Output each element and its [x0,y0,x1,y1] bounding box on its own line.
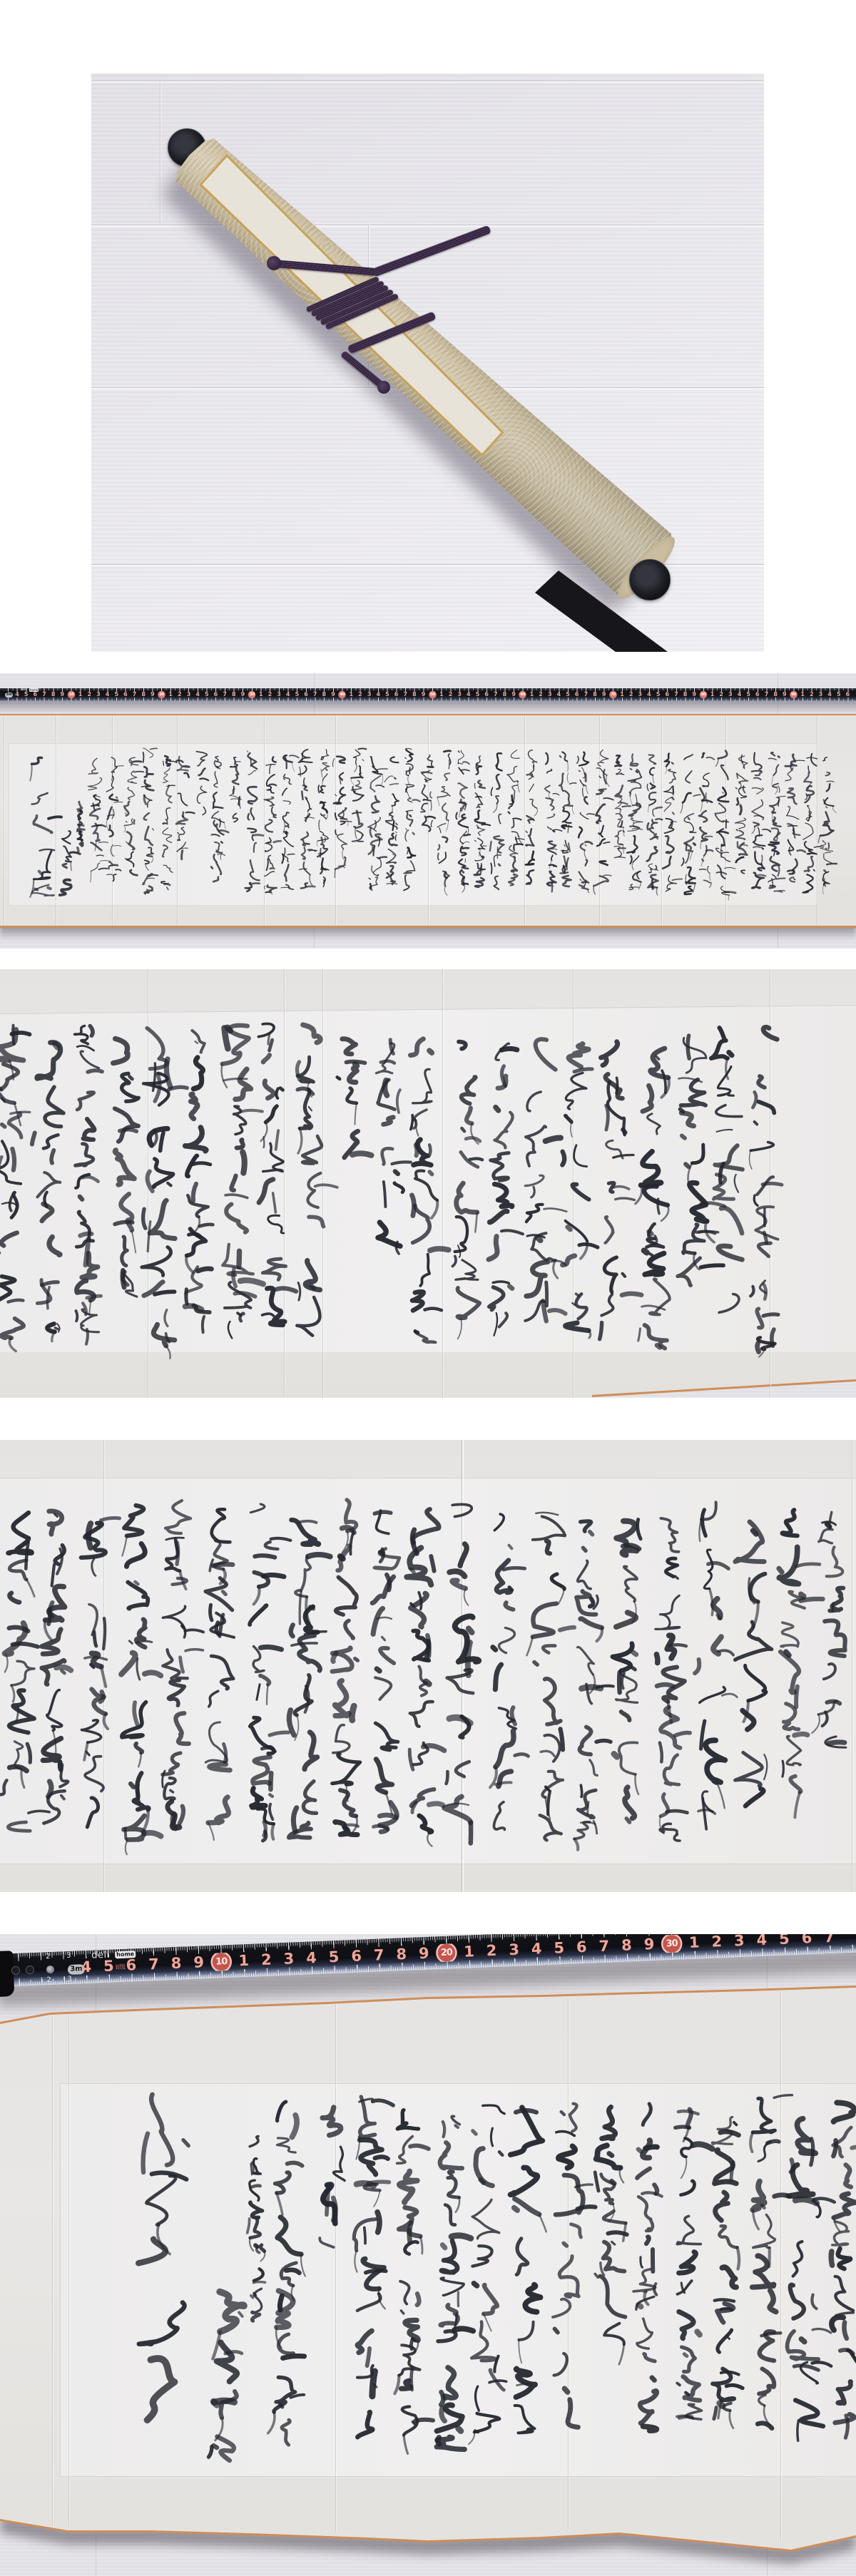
tape-number: 5 [547,1939,571,1958]
tape-number: 8 [681,690,690,699]
tape-number: 7 [40,690,49,699]
tape-number: 8 [139,690,148,699]
tape-number: 4 [13,690,22,699]
tape-number: 6 [753,690,763,699]
tape-number: 9 [412,1944,436,1963]
tape-number: 60 [518,690,527,699]
tape-number: 5 [112,690,121,699]
tape-number: 6 [211,690,220,699]
tape-number: 10 [67,690,76,699]
tape-number: 5 [653,690,663,699]
tape-number: 3 [277,1950,301,1968]
tape-number: 2 [480,1942,504,1961]
tape-number: 4 [554,690,564,699]
tape-number: 3 [636,690,645,699]
tape-number: 4 [75,1958,98,1976]
tape-number: 7 [491,690,500,699]
tape-number: 8 [320,690,329,699]
tape-inch-mark: 3 [67,1976,72,1983]
tape-number: 5 [473,690,482,699]
tape-number: 6 [570,1938,593,1956]
tape-number: 6 [795,1934,819,1948]
tape-number: 5 [21,690,31,699]
tape-number: 7 [581,690,591,699]
calligraphy-signature [30,757,84,896]
tape-number: 90 [789,690,798,699]
tape-number: 4 [645,690,654,699]
tape-number: 9 [780,690,789,699]
tape-number: 6 [663,690,672,699]
photo-detail-middle [0,1440,856,1892]
tape-number: 9 [187,1953,210,1972]
calligraphy-ink [0,1440,856,1892]
tape-number: 6 [31,690,40,699]
tape-number: 9 [58,690,67,699]
tape-number: 2 [265,690,275,699]
tape-number: 7 [310,690,320,699]
tape-number: 2 [356,690,365,699]
tape-number: 9 [638,1936,661,1954]
tape-grade: II级 [116,1964,126,1972]
tape-number: 7 [672,690,681,699]
tape-number: 4 [374,690,383,699]
tape-number: 1 [457,1943,481,1961]
tape-number: 4 [103,690,112,699]
tape-number: 2 [175,690,185,699]
tape-number: 5 [292,690,302,699]
tape-number: 40 [337,690,347,699]
tape-scale: 4567891012345678920123456789301234567894… [13,690,852,699]
tape-number: 2 [536,690,546,699]
tape-number: 9 [329,690,338,699]
tape-number: 1 [683,1934,706,1952]
tape-number: 8 [771,690,780,699]
calligraphy-text [268,2095,856,2454]
tape-number: 1 [527,690,536,699]
tape-number: 20 [435,1943,459,1962]
tape-number: 6 [482,690,491,699]
tape-number: 9 [690,690,699,699]
tape-number: 4 [193,690,203,699]
photo-full-scroll: 3m deli home 456789101234567892012345678… [0,673,856,949]
tape-number: 70 [608,690,618,699]
tape-number: 7 [367,1946,391,1965]
photo-rolled-scroll [91,73,764,652]
roller-end-cap-bottom [629,559,671,600]
tape-inch-mark: 2 [46,1976,51,1984]
tape-number: 5 [383,690,392,699]
tape-number: 8 [389,1946,413,1964]
calligraphy-ink [0,1934,856,2576]
tape-number: 20 [157,690,166,699]
tape-number: 8 [165,1954,188,1973]
photo-detail-end: 2 3 2 3 deli home 3m II级 456789101234567… [0,1934,856,2576]
tape-number: 6 [121,690,131,699]
tape-number: 7 [762,690,771,699]
tape-number: 2 [446,690,455,699]
tape-number: 1 [708,690,717,699]
tape-inch-mark: 3 [66,1952,71,1960]
tape-number: 6 [392,690,401,699]
tape-number: 3 [184,690,193,699]
tape-number: 6 [572,690,581,699]
tape-number: 5 [834,690,843,699]
calligraphy-ink [0,969,856,1398]
tape-number: 4 [750,1934,774,1950]
tape-number: 8 [49,690,58,699]
tape-number: 1 [347,690,356,699]
tape-number: 8 [591,690,600,699]
tape-number: 7 [220,690,230,699]
tape-number: 3 [455,690,464,699]
tape-number: 9 [509,690,519,699]
tape-number: 4 [825,690,835,699]
tape-rivet [26,1966,34,1974]
tape-number: 3 [275,690,284,699]
tape-number: 3 [94,690,103,699]
tape-number: 1 [618,690,627,699]
tape-number: 3 [365,690,374,699]
tape-number: 5 [744,690,753,699]
tape-number: 5 [202,690,211,699]
photo-detail-opening [0,969,856,1398]
tape-number: 6 [345,1947,368,1966]
tape-number: 7 [142,1956,165,1974]
tape-number: 1 [256,690,265,699]
tape-number: 5 [773,1934,796,1948]
cord-knot [377,381,390,394]
tape-number: 6 [843,690,852,699]
tape-number: 1 [76,690,85,699]
calligraphy-text [88,748,837,900]
calligraphy-signature [138,2095,244,2460]
tape-number: 80 [699,690,708,699]
tape-number: 8 [500,690,509,699]
tape-number: 1 [437,690,447,699]
tape-number: 5 [322,1948,346,1966]
tape-number: 5 [564,690,573,699]
tape-rivet [46,1966,54,1973]
tape-number: 7 [401,690,410,699]
tape-number: 30 [660,1934,683,1953]
tape-inch-mark: 2 [46,1953,51,1961]
cord-knot [267,256,281,270]
tape-number: 4 [283,690,292,699]
tape-number: 50 [428,690,437,699]
tape-number: 4 [735,690,744,699]
tape-number: 3 [816,690,825,699]
tape-number: 4 [300,1949,323,1968]
tape-number: 8 [410,690,419,699]
tape-number: 1 [798,690,807,699]
tape-number: 2 [807,690,816,699]
tape-number: 9 [238,690,248,699]
tape-number: 3 [728,1934,751,1951]
tape-number: 1 [233,1951,256,1970]
tape-rivet [11,1966,20,1975]
tape-number: 30 [248,690,257,699]
tape-number: 3 [726,690,735,699]
tape-number: 2 [717,690,726,699]
tape-number: 2 [85,690,94,699]
tape-number: 4 [525,1940,549,1958]
tape-number: 6 [302,690,311,699]
tape-number: 7 [130,690,139,699]
tape-number: 10 [210,1953,233,1971]
calligraphy-text [0,1500,846,1854]
tape-number: 1 [166,690,175,699]
tape-number: 7 [593,1937,616,1956]
tape-number: 8 [229,690,238,699]
tape-number: 8 [615,1936,638,1955]
tape-number: 3 [502,1941,526,1959]
tape-length-badge: 3m [5,692,13,697]
tape-number: 7 [817,1934,841,1947]
tape-number: 2 [255,1951,278,1969]
tape-number: 2 [705,1934,728,1951]
date-column [248,2137,265,2321]
calligraphy-ink [0,673,856,949]
tape-number: 4 [464,690,474,699]
tape-number: 2 [626,690,636,699]
calligraphy-text [0,1023,782,1358]
tape-number: 3 [545,690,554,699]
tape-number: 9 [148,690,158,699]
tape-number: 9 [599,690,608,699]
tape-measure: 3m deli home 456789101234567892012345678… [0,688,856,701]
tape-number: 9 [419,690,428,699]
